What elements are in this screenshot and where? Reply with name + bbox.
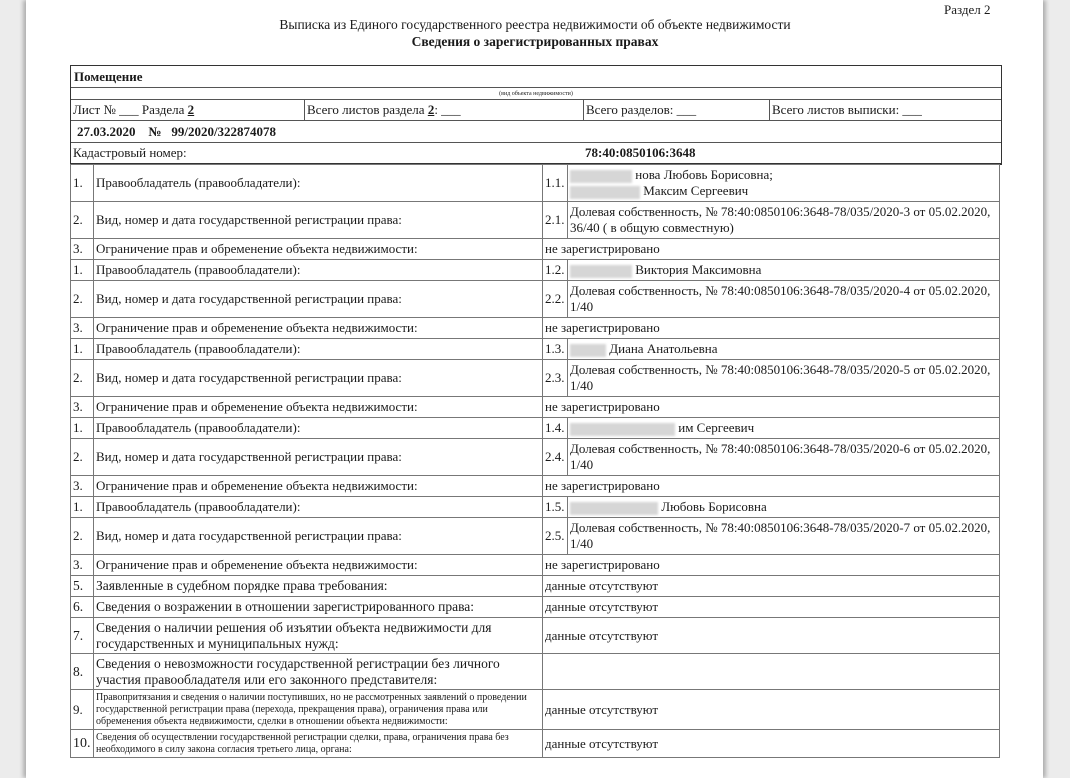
holder-name-text: Любовь Борисовна <box>661 499 767 514</box>
row-number: 3. <box>71 397 94 418</box>
row-number: 3. <box>71 318 94 339</box>
total-section-sheets-cell: Всего листов раздела 2: ___ <box>304 100 583 120</box>
row-value: данные отсутствуют <box>543 690 1000 730</box>
registration-value: Долевая собственность, № 78:40:0850106:3… <box>568 281 1000 318</box>
table-row: 9.Правопритязания и сведения о наличии п… <box>71 690 1000 730</box>
sub-number: 2.2. <box>543 281 568 318</box>
table-row: 5.Заявленные в судебном порядке права тр… <box>71 576 1000 597</box>
number-sign: № <box>149 124 162 140</box>
total-section-sheets-label: Всего листов раздела <box>307 102 425 118</box>
encumbrance-value: не зарегистрировано <box>543 555 1000 576</box>
table-row: 2.Вид, номер и дата государственной реги… <box>71 202 1000 239</box>
header-block: Помещение (вид объекта недвижимости) Лис… <box>70 65 1002 165</box>
sub-number: 1.4. <box>543 418 568 439</box>
row-number: 10. <box>71 730 94 758</box>
document-subtitle: Сведения о зарегистрированных правах <box>0 34 1070 50</box>
sub-number: 2.1. <box>543 202 568 239</box>
row-number: 3. <box>71 239 94 260</box>
row-number: 2. <box>71 281 94 318</box>
holder-name-line: Максим Сергеевич <box>570 183 997 199</box>
row-label: Ограничение прав и обременение объекта н… <box>94 476 543 497</box>
row-number: 1. <box>71 260 94 281</box>
row-label: Сведения о наличии решения об изъятии об… <box>94 618 543 654</box>
holder-name-line: Виктория Максимовна <box>570 262 997 278</box>
holder-name-text: Виктория Максимовна <box>635 262 761 277</box>
row-number: 1. <box>71 165 94 202</box>
table-row: 7.Сведения о наличии решения об изъятии … <box>71 618 1000 654</box>
sub-number: 2.5. <box>543 518 568 555</box>
cadastral-number: 78:40:0850106:3648 <box>583 145 696 161</box>
holder-value: Диана Анатольевна <box>568 339 1000 360</box>
row-number: 1. <box>71 339 94 360</box>
row-label: Правообладатель (правообладатели): <box>94 165 543 202</box>
row-number: 2. <box>71 202 94 239</box>
total-section-sheets-suffix: : ___ <box>434 102 460 118</box>
registration-value: Долевая собственность, № 78:40:0850106:3… <box>568 360 1000 397</box>
object-type-caption: (вид объекта недвижимости) <box>71 88 1001 100</box>
registration-value: Долевая собственность, № 78:40:0850106:3… <box>568 518 1000 555</box>
date-number-row: 27.03.2020 № 99/2020/322874078 <box>71 121 1001 143</box>
holder-name-line: Любовь Борисовна <box>570 499 997 515</box>
row-number: 9. <box>71 690 94 730</box>
rights-table: 1.Правообладатель (правообладатели):1.1.… <box>70 164 1000 758</box>
table-row: 1.Правообладатель (правообладатели):1.1.… <box>71 165 1000 202</box>
extract-number: 99/2020/322874078 <box>171 124 276 140</box>
row-label: Ограничение прав и обременение объекта н… <box>94 318 543 339</box>
row-label: Сведения об осуществлении государственно… <box>94 730 543 758</box>
table-row: 3.Ограничение прав и обременение объекта… <box>71 239 1000 260</box>
row-number: 7. <box>71 618 94 654</box>
row-value: данные отсутствуют <box>543 730 1000 758</box>
sub-number: 1.5. <box>543 497 568 518</box>
registration-value: Долевая собственность, № 78:40:0850106:3… <box>568 439 1000 476</box>
encumbrance-value: не зарегистрировано <box>543 318 1000 339</box>
row-number: 1. <box>71 497 94 518</box>
table-row: 3.Ограничение прав и обременение объекта… <box>71 318 1000 339</box>
row-number: 6. <box>71 597 94 618</box>
holder-value: Любовь Борисовна <box>568 497 1000 518</box>
table-row: 1.Правообладатель (правообладатели):1.2.… <box>71 260 1000 281</box>
sheet-number-label: Лист № ___ Раздела <box>73 102 184 118</box>
row-label: Правообладатель (правообладатели): <box>94 497 543 518</box>
registration-value: Долевая собственность, № 78:40:0850106:3… <box>568 202 1000 239</box>
extract-date: 27.03.2020 <box>77 124 136 140</box>
cadastral-label: Кадастровый номер: <box>71 145 583 161</box>
row-label: Ограничение прав и обременение объекта н… <box>94 555 543 576</box>
row-number: 8. <box>71 654 94 690</box>
encumbrance-value: не зарегистрировано <box>543 476 1000 497</box>
table-row: 2.Вид, номер и дата государственной реги… <box>71 518 1000 555</box>
table-row: 1.Правообладатель (правообладатели):1.4.… <box>71 418 1000 439</box>
section-label: Раздел 2 <box>944 2 991 18</box>
holder-name-text: Диана Анатольевна <box>609 341 717 356</box>
sub-number: 1.1. <box>543 165 568 202</box>
row-label: Ограничение прав и обременение объекта н… <box>94 239 543 260</box>
row-number: 2. <box>71 518 94 555</box>
section-number: 2 <box>188 102 195 118</box>
total-sections-cell: Всего разделов: ___ <box>583 100 769 120</box>
row-value: данные отсутствуют <box>543 597 1000 618</box>
table-row: 3.Ограничение прав и обременение объекта… <box>71 476 1000 497</box>
row-label: Вид, номер и дата государственной регист… <box>94 439 543 476</box>
row-label: Правопритязания и сведения о наличии пос… <box>94 690 543 730</box>
holder-value: им Сергеевич <box>568 418 1000 439</box>
table-row: 1.Правообладатель (правообладатели):1.3.… <box>71 339 1000 360</box>
table-row: 2.Вид, номер и дата государственной реги… <box>71 360 1000 397</box>
holder-value: нова Любовь Борисовна; Максим Сергеевич <box>568 165 1000 202</box>
sub-number: 2.3. <box>543 360 568 397</box>
row-label: Заявленные в судебном порядке права треб… <box>94 576 543 597</box>
row-label: Вид, номер и дата государственной регист… <box>94 518 543 555</box>
holder-name-line: им Сергеевич <box>570 420 997 436</box>
encumbrance-value: не зарегистрировано <box>543 239 1000 260</box>
sub-number: 2.4. <box>543 439 568 476</box>
object-type: Помещение <box>71 66 1001 88</box>
total-extract-sheets-cell: Всего листов выписки: ___ <box>769 100 999 120</box>
holder-name-text: Максим Сергеевич <box>643 183 748 198</box>
row-value <box>543 654 1000 690</box>
redacted-block <box>570 423 675 436</box>
row-number: 5. <box>71 576 94 597</box>
row-number: 1. <box>71 418 94 439</box>
row-label: Правообладатель (правообладатели): <box>94 260 543 281</box>
row-label: Сведения о невозможности государственной… <box>94 654 543 690</box>
table-row: 3.Ограничение прав и обременение объекта… <box>71 397 1000 418</box>
sub-number: 1.3. <box>543 339 568 360</box>
holder-name-text: нова Любовь Борисовна; <box>635 167 773 182</box>
row-number: 3. <box>71 476 94 497</box>
table-row: 6.Сведения о возражении в отношении заре… <box>71 597 1000 618</box>
redacted-block <box>570 344 606 357</box>
document-title: Выписка из Единого государственного реес… <box>0 17 1070 33</box>
redacted-block <box>570 170 632 183</box>
encumbrance-value: не зарегистрировано <box>543 397 1000 418</box>
row-label: Ограничение прав и обременение объекта н… <box>94 397 543 418</box>
holder-name-text: им Сергеевич <box>678 420 754 435</box>
row-label: Вид, номер и дата государственной регист… <box>94 360 543 397</box>
redacted-block <box>570 265 632 278</box>
sub-number: 1.2. <box>543 260 568 281</box>
table-row: 8.Сведения о невозможности государственн… <box>71 654 1000 690</box>
holder-value: Виктория Максимовна <box>568 260 1000 281</box>
table-row: 3.Ограничение прав и обременение объекта… <box>71 555 1000 576</box>
row-number: 3. <box>71 555 94 576</box>
table-row: 2.Вид, номер и дата государственной реги… <box>71 281 1000 318</box>
row-value: данные отсутствуют <box>543 618 1000 654</box>
row-label: Правообладатель (правообладатели): <box>94 418 543 439</box>
row-label: Вид, номер и дата государственной регист… <box>94 202 543 239</box>
holder-name-line: нова Любовь Борисовна; <box>570 167 997 183</box>
sheet-number-cell: Лист № ___ Раздела 2 <box>71 100 304 120</box>
row-number: 2. <box>71 439 94 476</box>
table-row: 10.Сведения об осуществлении государстве… <box>71 730 1000 758</box>
sheet-info-row: Лист № ___ Раздела 2 Всего листов раздел… <box>71 100 1001 121</box>
row-label: Правообладатель (правообладатели): <box>94 339 543 360</box>
row-number: 2. <box>71 360 94 397</box>
table-row: 1.Правообладатель (правообладатели):1.5.… <box>71 497 1000 518</box>
holder-name-line: Диана Анатольевна <box>570 341 997 357</box>
redacted-block <box>570 186 640 199</box>
row-label: Вид, номер и дата государственной регист… <box>94 281 543 318</box>
cadastral-row: Кадастровый номер: 78:40:0850106:3648 <box>71 143 1001 165</box>
row-value: данные отсутствуют <box>543 576 1000 597</box>
redacted-block <box>570 502 658 515</box>
table-row: 2.Вид, номер и дата государственной реги… <box>71 439 1000 476</box>
row-label: Сведения о возражении в отношении зареги… <box>94 597 543 618</box>
